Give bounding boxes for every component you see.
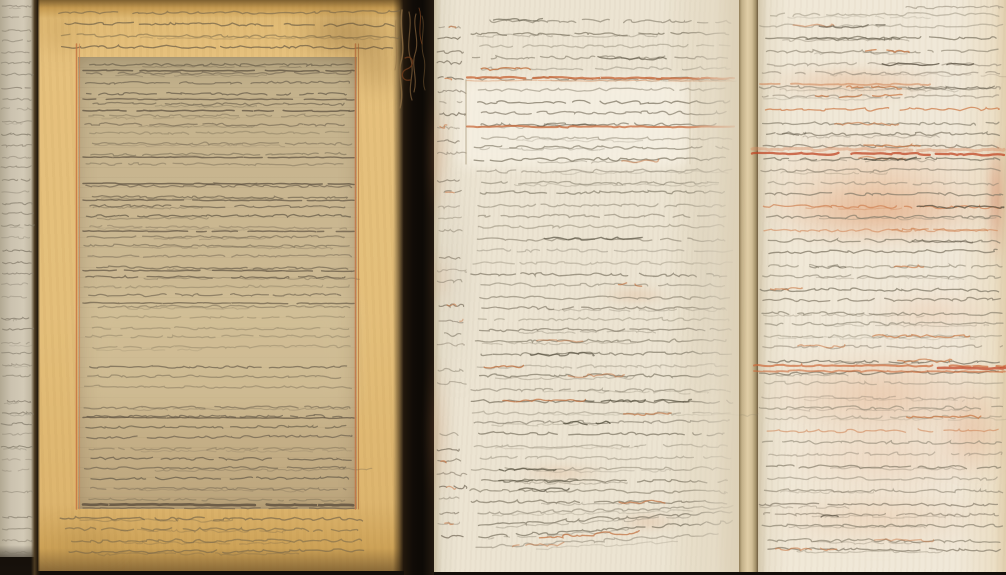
middle-page <box>434 0 739 572</box>
left-page-fore-edge-shadow <box>393 0 404 571</box>
page-crease <box>739 0 758 572</box>
right-page <box>758 0 1006 572</box>
left-page-ruled-text-block <box>78 57 357 509</box>
page-edge-shadow <box>31 0 40 575</box>
book-gutter <box>404 0 434 575</box>
manuscript-book-spread-photo <box>0 0 1006 575</box>
